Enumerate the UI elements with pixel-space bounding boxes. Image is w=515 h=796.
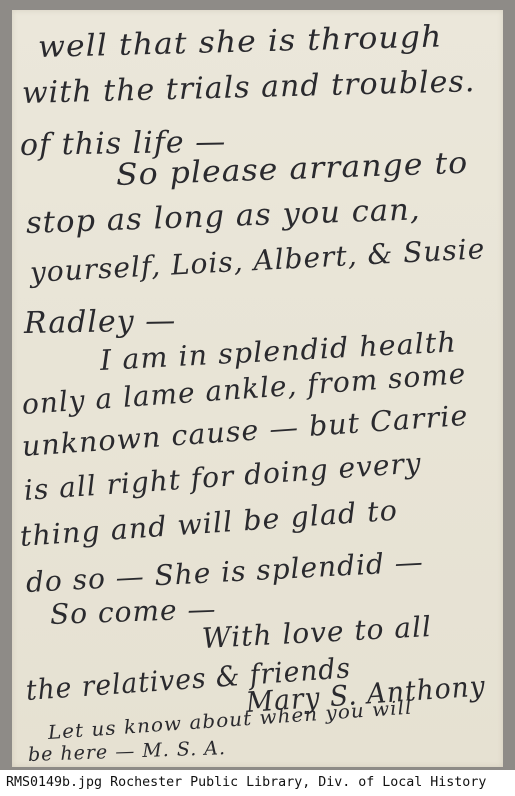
letter-line-15: With love to all [201, 610, 433, 655]
letter-line-2: with the trials and troubles. [22, 64, 476, 111]
letter-line-13: do so — She is splendid — [25, 545, 424, 599]
mount-background: well that she is through with the trials… [0, 0, 515, 770]
letter-line-6: yourself, Lois, Albert, & Susie [29, 232, 486, 289]
letter-line-7: Radley — [24, 303, 177, 341]
letter-line-1: well that she is through [38, 19, 443, 65]
letter-line-5: stop as long as you can, [25, 192, 421, 241]
letter-page: well that she is through with the trials… [12, 10, 503, 767]
letter-postscript-line-1: Let us know about when you will [47, 697, 413, 744]
image-caption: RMS0149b.jpg Rochester Public Library, D… [0, 770, 515, 796]
letter-line-14: So come — [49, 592, 217, 631]
